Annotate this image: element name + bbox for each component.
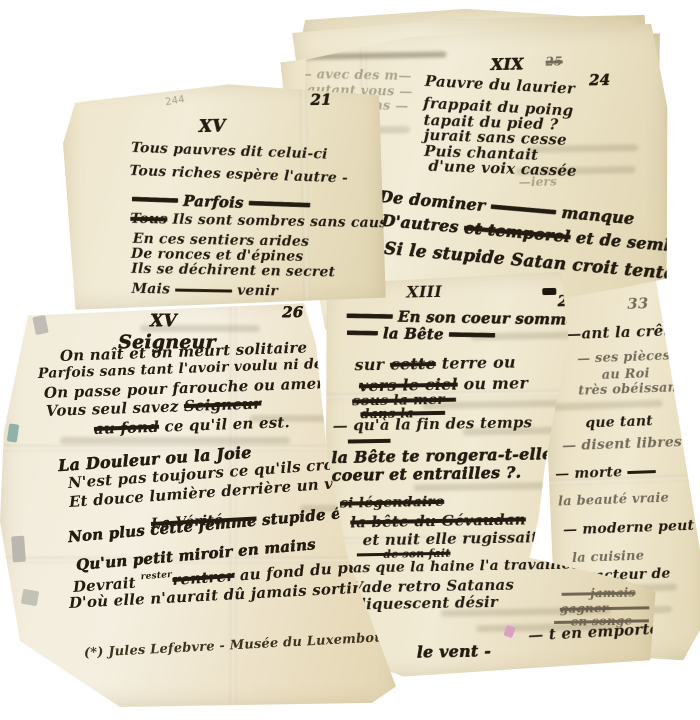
- poem-line-segment-struck: ———: [347, 307, 393, 326]
- poem-line-fragment: la cuisine: [572, 550, 645, 566]
- poem-line-fragment: — moderne peut: [563, 519, 695, 538]
- poem-line: et nuit elle rugissait: [362, 530, 538, 548]
- poem-line-segment: sur: [354, 355, 390, 375]
- poem-line: ——— Parfois ————: [132, 192, 310, 213]
- poem-line: le vent -: [416, 643, 491, 660]
- poem-line-segment: Ils sont sombres sans cause: [167, 211, 396, 231]
- page-number: 21: [310, 92, 332, 107]
- poem-line: Pauvre du laurier: [425, 74, 576, 97]
- poem-line-segment-struck: ——: [627, 463, 656, 480]
- poem-line-segment: terre ou: [436, 353, 516, 373]
- page-number-crossed: 25: [545, 55, 562, 67]
- ink-blot: [542, 288, 556, 295]
- poem-line-segment: Mais: [131, 281, 175, 298]
- poem-line: au fond ce qu'il en est.: [94, 415, 290, 437]
- poem-line-fragment: que tant: [585, 414, 653, 430]
- ghost-text: [553, 400, 663, 411]
- poem-line-segment-struck: Tous: [130, 211, 167, 228]
- poem-line-segment: et de semblants: [569, 227, 700, 259]
- poem-line-segment-struck: au fond: [94, 418, 160, 438]
- page-number: 26: [282, 305, 303, 320]
- poem-line: sur cette terre ou: [354, 355, 515, 374]
- poem-line: — qu'à la fin des temps: [332, 415, 532, 433]
- poem-line-segment: — morte: [555, 464, 628, 483]
- manuscript-sheet-21: 244 21 XV Tous pauvres dit celui-ci Tous…: [62, 79, 386, 310]
- ghost-text: [60, 437, 290, 444]
- poem-line-segment-struck: ————: [490, 196, 556, 221]
- tape-fragment: [11, 536, 26, 563]
- poem-line-segment-struck: ————: [249, 194, 310, 214]
- poem-line: —— la Bête ———: [347, 326, 495, 344]
- poem-line: coeur et entrailles ?.: [331, 465, 521, 484]
- poem-line-fragment: au Roi: [601, 367, 649, 382]
- poem-line-segment-struck: ———: [132, 190, 178, 210]
- poem-line-fragment: —ant la crête: [566, 323, 681, 342]
- poem-line-segment: venir: [232, 283, 278, 300]
- poem-line-segment: D'autres: [381, 211, 465, 237]
- poem-line: — t en emporte: [528, 622, 660, 644]
- poem-numeral-heading: XV: [150, 313, 177, 330]
- poem-line-segment-struck: ————: [175, 282, 232, 299]
- poem-line-struck: si légendaire: [340, 495, 444, 511]
- poem-line-fragment: — disent libres: [562, 435, 682, 453]
- poem-line-fragment: — ses pièces: [577, 350, 671, 366]
- poem-line-fragment: la beauté vraie: [558, 492, 669, 509]
- poem-line-segment: ce qu'il en est.: [159, 413, 290, 436]
- interlinear-correction: rester: [140, 570, 172, 582]
- poem-numeral-heading: XV: [199, 118, 226, 135]
- poem-line-fragment: —iers: [519, 176, 557, 189]
- poem-line-fragment: — morte ——: [555, 464, 656, 482]
- manuscript-photograph: 33 —ant la crête — ses pièces au Roi trè…: [0, 0, 700, 720]
- poem-line: Mais ———— venir: [131, 282, 278, 299]
- poem-line: Tous riches espère l'autre -: [129, 164, 348, 186]
- poem-line: pas que la haine l'a travaillée: [343, 558, 580, 576]
- poem-line-segment-struck: Seigneur: [184, 394, 262, 415]
- poem-line-segment-struck: ——: [347, 324, 378, 343]
- tape-fragment: [21, 589, 39, 607]
- poem-line-segment-struck: cette: [390, 354, 436, 374]
- poem-line-segment: ou mer: [458, 373, 529, 393]
- poem-line-fragment: très obéissant: [578, 381, 684, 398]
- poem-line-struck: —— jamais: [561, 587, 635, 600]
- pencil-annotation: 244: [164, 94, 185, 108]
- poem-line-segment-struck: et temporel: [463, 218, 571, 246]
- poem-line: Tous Ils sont sombres sans cause: [130, 212, 396, 231]
- poem-numeral-heading: XIII: [406, 284, 442, 301]
- poem-line-segment: la Bête: [377, 324, 449, 343]
- poem-numeral-heading: XIX: [490, 56, 523, 73]
- poem-line-segment-struck: ———: [449, 325, 495, 344]
- page-number: 24: [589, 73, 611, 88]
- attribution-note: (*) Jules Lefebvre - Musée du Luxembourg: [84, 630, 401, 660]
- poem-line-segment: manque: [555, 202, 635, 228]
- page-number: 33: [627, 296, 649, 312]
- poem-line-struck: la bête du Gévaudan: [350, 512, 526, 530]
- ghost-line: — avec des m—: [299, 68, 412, 83]
- poem-line: Ils se déchirent en secret: [131, 262, 335, 280]
- poem-line: Tous pauvres dit celui-ci: [131, 141, 328, 162]
- poem-line-segment: Parfois: [177, 191, 249, 211]
